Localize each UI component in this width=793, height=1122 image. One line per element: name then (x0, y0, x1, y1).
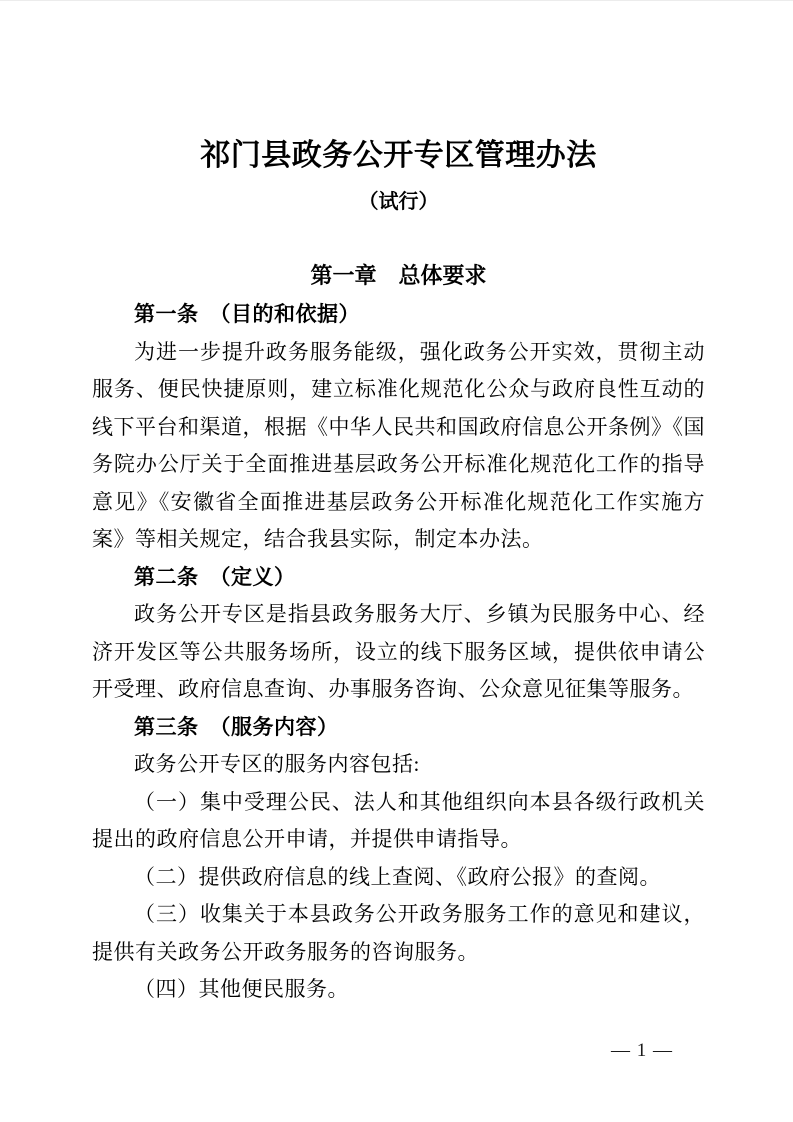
chapter-heading: 第一章 总体要求 (92, 263, 705, 289)
article-3-item-3: （三）收集关于本县政务公开政务服务工作的意见和建议，提供有关政务公开政务服务的咨… (92, 896, 705, 971)
article-2: 第二条 （定义） 政务公开专区是指县政务服务大厅、乡镇为民服务中心、经济开发区等… (92, 559, 705, 709)
article-3-heading: 第三条 （服务内容） (92, 709, 705, 747)
document-title: 祁门县政务公开专区管理办法 (92, 137, 705, 175)
article-2-heading: 第二条 （定义） (92, 559, 705, 597)
document-subtitle: （试行） (92, 189, 705, 215)
articles-section: 第一条 （目的和依据） 为进一步提升政务服务能级，强化政务公开实效，贯彻主动服务… (92, 296, 705, 1009)
article-1: 第一条 （目的和依据） 为进一步提升政务服务能级，强化政务公开实效，贯彻主动服务… (92, 296, 705, 559)
article-3-intro-paragraph: 政务公开专区的服务内容包括: (92, 746, 705, 784)
document-content: 祁门县政务公开专区管理办法 （试行） 第一章 总体要求 第一条 （目的和依据） … (0, 1, 793, 1009)
article-1-paragraph: 为进一步提升政务服务能级，强化政务公开实效，贯彻主动服务、便民快捷原则，建立标准… (92, 334, 705, 559)
article-3: 第三条 （服务内容） 政务公开专区的服务内容包括: （一）集中受理公民、法人和其… (92, 709, 705, 1009)
article-3-item-4: （四）其他便民服务。 (92, 971, 705, 1009)
article-2-paragraph: 政务公开专区是指县政务服务大厅、乡镇为民服务中心、经济开发区等公共服务场所，设立… (92, 596, 705, 709)
page-number: — 1 — (611, 1040, 673, 1062)
document-page: 祁门县政务公开专区管理办法 （试行） 第一章 总体要求 第一条 （目的和依据） … (0, 0, 793, 1122)
article-3-item-1: （一）集中受理公民、法人和其他组织向本县各级行政机关提出的政府信息公开申请，并提… (92, 784, 705, 859)
article-3-item-2: （二）提供政府信息的线上查阅、《政府公报》的查阅。 (92, 859, 705, 897)
article-1-heading: 第一条 （目的和依据） (92, 296, 705, 334)
